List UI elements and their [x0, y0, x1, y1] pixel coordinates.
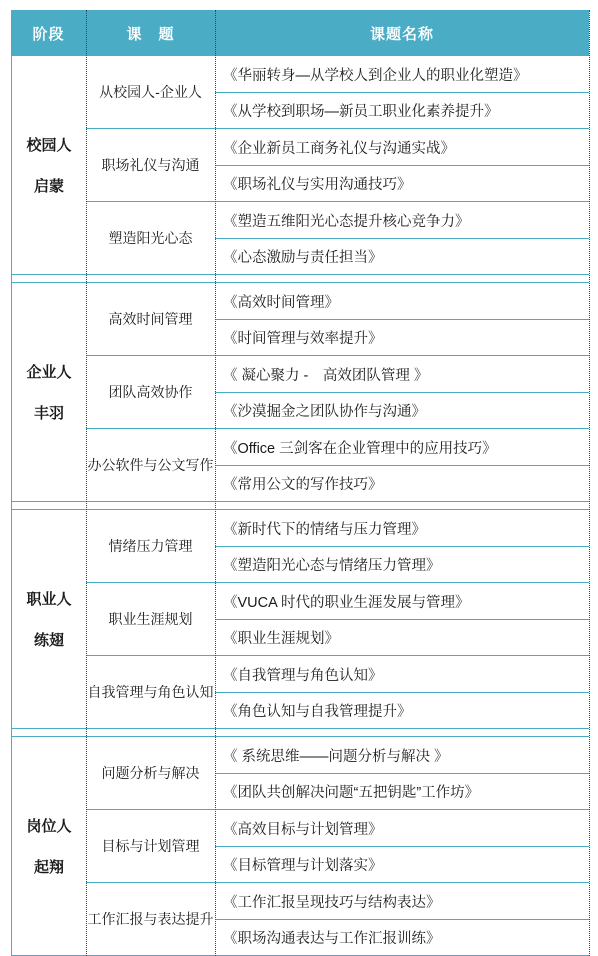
courses-group: 《 凝心聚力 - 高效团队管理 》《沙漠掘金之团队协作与沟通》 [215, 356, 589, 428]
courses-group: 《华丽转身—从学校人到企业人的职业化塑造》《从学校到职场—新员工职业化素养提升》 [215, 56, 589, 128]
topics-group: 问题分析与解决《 系统思维——问题分析与解决 》《团队共创解决问题“五把钥匙”工… [86, 737, 589, 955]
topic-row-group: 工作汇报与表达提升《工作汇报呈现技巧与结构表达》《职场沟通表达与工作汇报训练》 [86, 882, 589, 955]
topic-cell: 职场礼仪与沟通 [86, 129, 215, 201]
topic-row-group: 自我管理与角色认知《自我管理与角色认知》《角色认知与自我管理提升》 [86, 655, 589, 728]
course-cell: 《时间管理与效率提升》 [215, 319, 589, 355]
course-cell: 《工作汇报呈现技巧与结构表达》 [215, 883, 589, 919]
courses-group: 《 系统思维——问题分析与解决 》《团队共创解决问题“五把钥匙”工作坊》 [215, 737, 589, 809]
topic-row-group: 问题分析与解决《 系统思维——问题分析与解决 》《团队共创解决问题“五把钥匙”工… [86, 737, 589, 809]
stage-label: 企业人 [26, 361, 71, 382]
course-cell: 《角色认知与自我管理提升》 [215, 692, 589, 728]
course-cell: 《高效目标与计划管理》 [215, 810, 589, 846]
stage-label: 启蒙 [34, 175, 64, 196]
stage-label: 丰羽 [34, 402, 64, 423]
topic-row-group: 从校园人-企业人《华丽转身—从学校人到企业人的职业化塑造》《从学校到职场—新员工… [86, 56, 589, 128]
stage-cell: 企业人丰羽 [12, 283, 86, 501]
course-cell: 《沙漠掘金之团队协作与沟通》 [215, 392, 589, 428]
courses-group: 《VUCA 时代的职业生涯发展与管理》《职业生涯规划》 [215, 583, 589, 655]
header-row: 阶段 课 题 课题名称 [11, 10, 589, 56]
course-cell: 《 凝心聚力 - 高效团队管理 》 [215, 356, 589, 392]
stage-cell: 职业人练翅 [12, 510, 86, 728]
courses-group: 《高效目标与计划管理》《目标管理与计划落实》 [215, 810, 589, 882]
header-cell-course-name: 课题名称 [215, 10, 589, 56]
stage-cell: 岗位人起翔 [12, 737, 86, 955]
course-cell: 《目标管理与计划落实》 [215, 846, 589, 882]
stage-row-group: 校园人启蒙从校园人-企业人《华丽转身—从学校人到企业人的职业化塑造》《从学校到职… [12, 56, 589, 275]
topic-cell: 工作汇报与表达提升 [86, 883, 215, 955]
topic-row-group: 高效时间管理《高效时间管理》《时间管理与效率提升》 [86, 283, 589, 355]
topic-cell: 高效时间管理 [86, 283, 215, 355]
course-cell: 《从学校到职场—新员工职业化素养提升》 [215, 92, 589, 128]
topics-group: 高效时间管理《高效时间管理》《时间管理与效率提升》团队高效协作《 凝心聚力 - … [86, 283, 589, 501]
topic-row-group: 职业生涯规划《VUCA 时代的职业生涯发展与管理》《职业生涯规划》 [86, 582, 589, 655]
course-cell: 《常用公文的写作技巧》 [215, 465, 589, 501]
topic-row-group: 职场礼仪与沟通《企业新员工商务礼仪与沟通实战》《职场礼仪与实用沟通技巧》 [86, 128, 589, 201]
topics-group: 情绪压力管理《新时代下的情绪与压力管理》《塑造阳光心态与情绪压力管理》职业生涯规… [86, 510, 589, 728]
course-cell: 《VUCA 时代的职业生涯发展与管理》 [215, 583, 589, 619]
stage-label: 校园人 [26, 134, 71, 155]
course-cell: 《华丽转身—从学校人到企业人的职业化塑造》 [215, 56, 589, 92]
topic-cell: 问题分析与解决 [86, 737, 215, 809]
course-cell: 《高效时间管理》 [215, 283, 589, 319]
stage-label: 练翅 [34, 629, 64, 650]
stage-row-group: 岗位人起翔问题分析与解决《 系统思维——问题分析与解决 》《团队共创解决问题“五… [12, 736, 589, 956]
topic-cell: 团队高效协作 [86, 356, 215, 428]
topic-cell: 从校园人-企业人 [86, 56, 215, 128]
topic-cell: 办公软件与公文写作 [86, 429, 215, 501]
topic-row-group: 塑造阳光心态《塑造五维阳光心态提升核心竞争力》《心态激励与责任担当》 [86, 201, 589, 274]
stage-row-group: 职业人练翅情绪压力管理《新时代下的情绪与压力管理》《塑造阳光心态与情绪压力管理》… [12, 509, 589, 729]
stage-label: 职业人 [26, 588, 71, 609]
topic-cell: 自我管理与角色认知 [86, 656, 215, 728]
topic-cell: 目标与计划管理 [86, 810, 215, 882]
courses-group: 《新时代下的情绪与压力管理》《塑造阳光心态与情绪压力管理》 [215, 510, 589, 582]
course-cell: 《职业生涯规划》 [215, 619, 589, 655]
course-cell: 《团队共创解决问题“五把钥匙”工作坊》 [215, 773, 589, 809]
courses-group: 《企业新员工商务礼仪与沟通实战》《职场礼仪与实用沟通技巧》 [215, 129, 589, 201]
header-cell-stage: 阶段 [11, 10, 86, 56]
course-cell: 《心态激励与责任担当》 [215, 238, 589, 274]
topic-cell: 塑造阳光心态 [86, 202, 215, 274]
topic-row-group: 目标与计划管理《高效目标与计划管理》《目标管理与计划落实》 [86, 809, 589, 882]
courses-group: 《自我管理与角色认知》《角色认知与自我管理提升》 [215, 656, 589, 728]
course-cell: 《塑造五维阳光心态提升核心竞争力》 [215, 202, 589, 238]
course-cell: 《Office 三剑客在企业管理中的应用技巧》 [215, 429, 589, 465]
course-cell: 《企业新员工商务礼仪与沟通实战》 [215, 129, 589, 165]
stage-cell: 校园人启蒙 [12, 56, 86, 274]
course-cell: 《自我管理与角色认知》 [215, 656, 589, 692]
stage-label: 岗位人 [26, 815, 71, 836]
course-cell: 《 系统思维——问题分析与解决 》 [215, 737, 589, 773]
course-cell: 《新时代下的情绪与压力管理》 [215, 510, 589, 546]
topic-cell: 职业生涯规划 [86, 583, 215, 655]
table-body: 校园人启蒙从校园人-企业人《华丽转身—从学校人到企业人的职业化塑造》《从学校到职… [11, 56, 589, 956]
courses-group: 《高效时间管理》《时间管理与效率提升》 [215, 283, 589, 355]
topic-cell: 情绪压力管理 [86, 510, 215, 582]
topics-group: 从校园人-企业人《华丽转身—从学校人到企业人的职业化塑造》《从学校到职场—新员工… [86, 56, 589, 274]
courses-group: 《塑造五维阳光心态提升核心竞争力》《心态激励与责任担当》 [215, 202, 589, 274]
stage-label: 起翔 [34, 856, 64, 877]
curriculum-table: 阶段 课 题 课题名称 校园人启蒙从校园人-企业人《华丽转身—从学校人到企业人的… [11, 10, 590, 956]
courses-group: 《工作汇报呈现技巧与结构表达》《职场沟通表达与工作汇报训练》 [215, 883, 589, 955]
topic-row-group: 团队高效协作《 凝心聚力 - 高效团队管理 》《沙漠掘金之团队协作与沟通》 [86, 355, 589, 428]
topic-row-group: 办公软件与公文写作《Office 三剑客在企业管理中的应用技巧》《常用公文的写作… [86, 428, 589, 501]
course-cell: 《职场礼仪与实用沟通技巧》 [215, 165, 589, 201]
topic-row-group: 情绪压力管理《新时代下的情绪与压力管理》《塑造阳光心态与情绪压力管理》 [86, 510, 589, 582]
course-cell: 《职场沟通表达与工作汇报训练》 [215, 919, 589, 955]
header-cell-topic: 课 题 [86, 10, 215, 56]
stage-row-group: 企业人丰羽高效时间管理《高效时间管理》《时间管理与效率提升》团队高效协作《 凝心… [12, 282, 589, 502]
courses-group: 《Office 三剑客在企业管理中的应用技巧》《常用公文的写作技巧》 [215, 429, 589, 501]
course-cell: 《塑造阳光心态与情绪压力管理》 [215, 546, 589, 582]
